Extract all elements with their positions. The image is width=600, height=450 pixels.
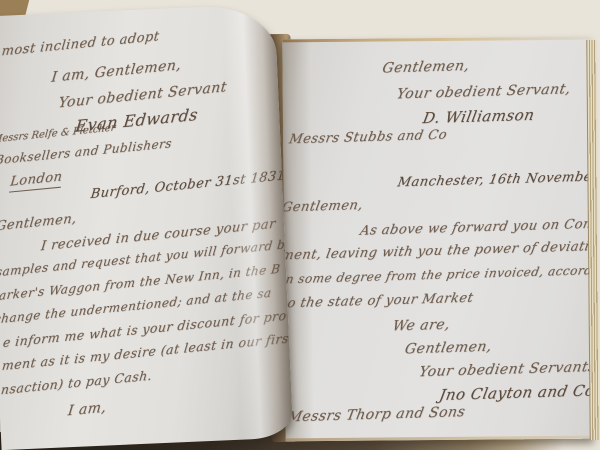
handwriting-line: nsaction) to pay Cash.: [0, 368, 153, 397]
handwriting-line: in some degree from the price invoiced, …: [282, 263, 593, 287]
salutation-line: Gentlemen,: [282, 199, 364, 216]
dateline: Burford, October 31st 1831: [90, 169, 286, 203]
salutation-line: Gentlemen,: [381, 58, 471, 77]
closing-line: We are,: [391, 317, 451, 335]
salutation-line: Gentlemen,: [0, 212, 77, 235]
closing-line: Gentlemen,: [403, 339, 493, 358]
dateline: Manchester, 16th November 1831: [396, 169, 594, 191]
addressee-line: Messrs Thorp and Sons: [286, 404, 467, 425]
signature-line: D. Williamson: [421, 107, 536, 128]
handwriting-line: I am, Gentlemen,: [50, 57, 182, 86]
handwriting-line: to the state of your Market: [282, 292, 474, 313]
handwriting-line: Your obedient Servant: [58, 79, 228, 112]
page-edge-stack: [586, 40, 599, 440]
photo-of-open-letter-book: l most inclined to adopt I am, Gentlemen…: [0, 0, 600, 450]
closing-line: Your obedient Servant,: [395, 81, 572, 102]
handwriting-line: As above we forward you on Consign: [359, 217, 594, 240]
closing-line: I am,: [67, 399, 107, 419]
signature-line: Evan Edwards: [75, 106, 199, 136]
left-page: l most inclined to adopt I am, Gentlemen…: [0, 4, 293, 450]
right-page: Gentlemen, Your obedient Servant, D. Wil…: [282, 37, 593, 442]
addressee-line: London: [9, 170, 63, 192]
addressee-line: Messrs Stubbs and Co: [288, 129, 448, 149]
signature-line: Jno Clayton and Co: [438, 382, 594, 404]
handwriting-line: ment, leaving with you the power of devi…: [282, 240, 593, 265]
handwriting-line: l most inclined to adopt: [0, 30, 160, 61]
closing-line: Your obedient Servants,: [418, 359, 594, 381]
page-edge: [282, 37, 590, 43]
